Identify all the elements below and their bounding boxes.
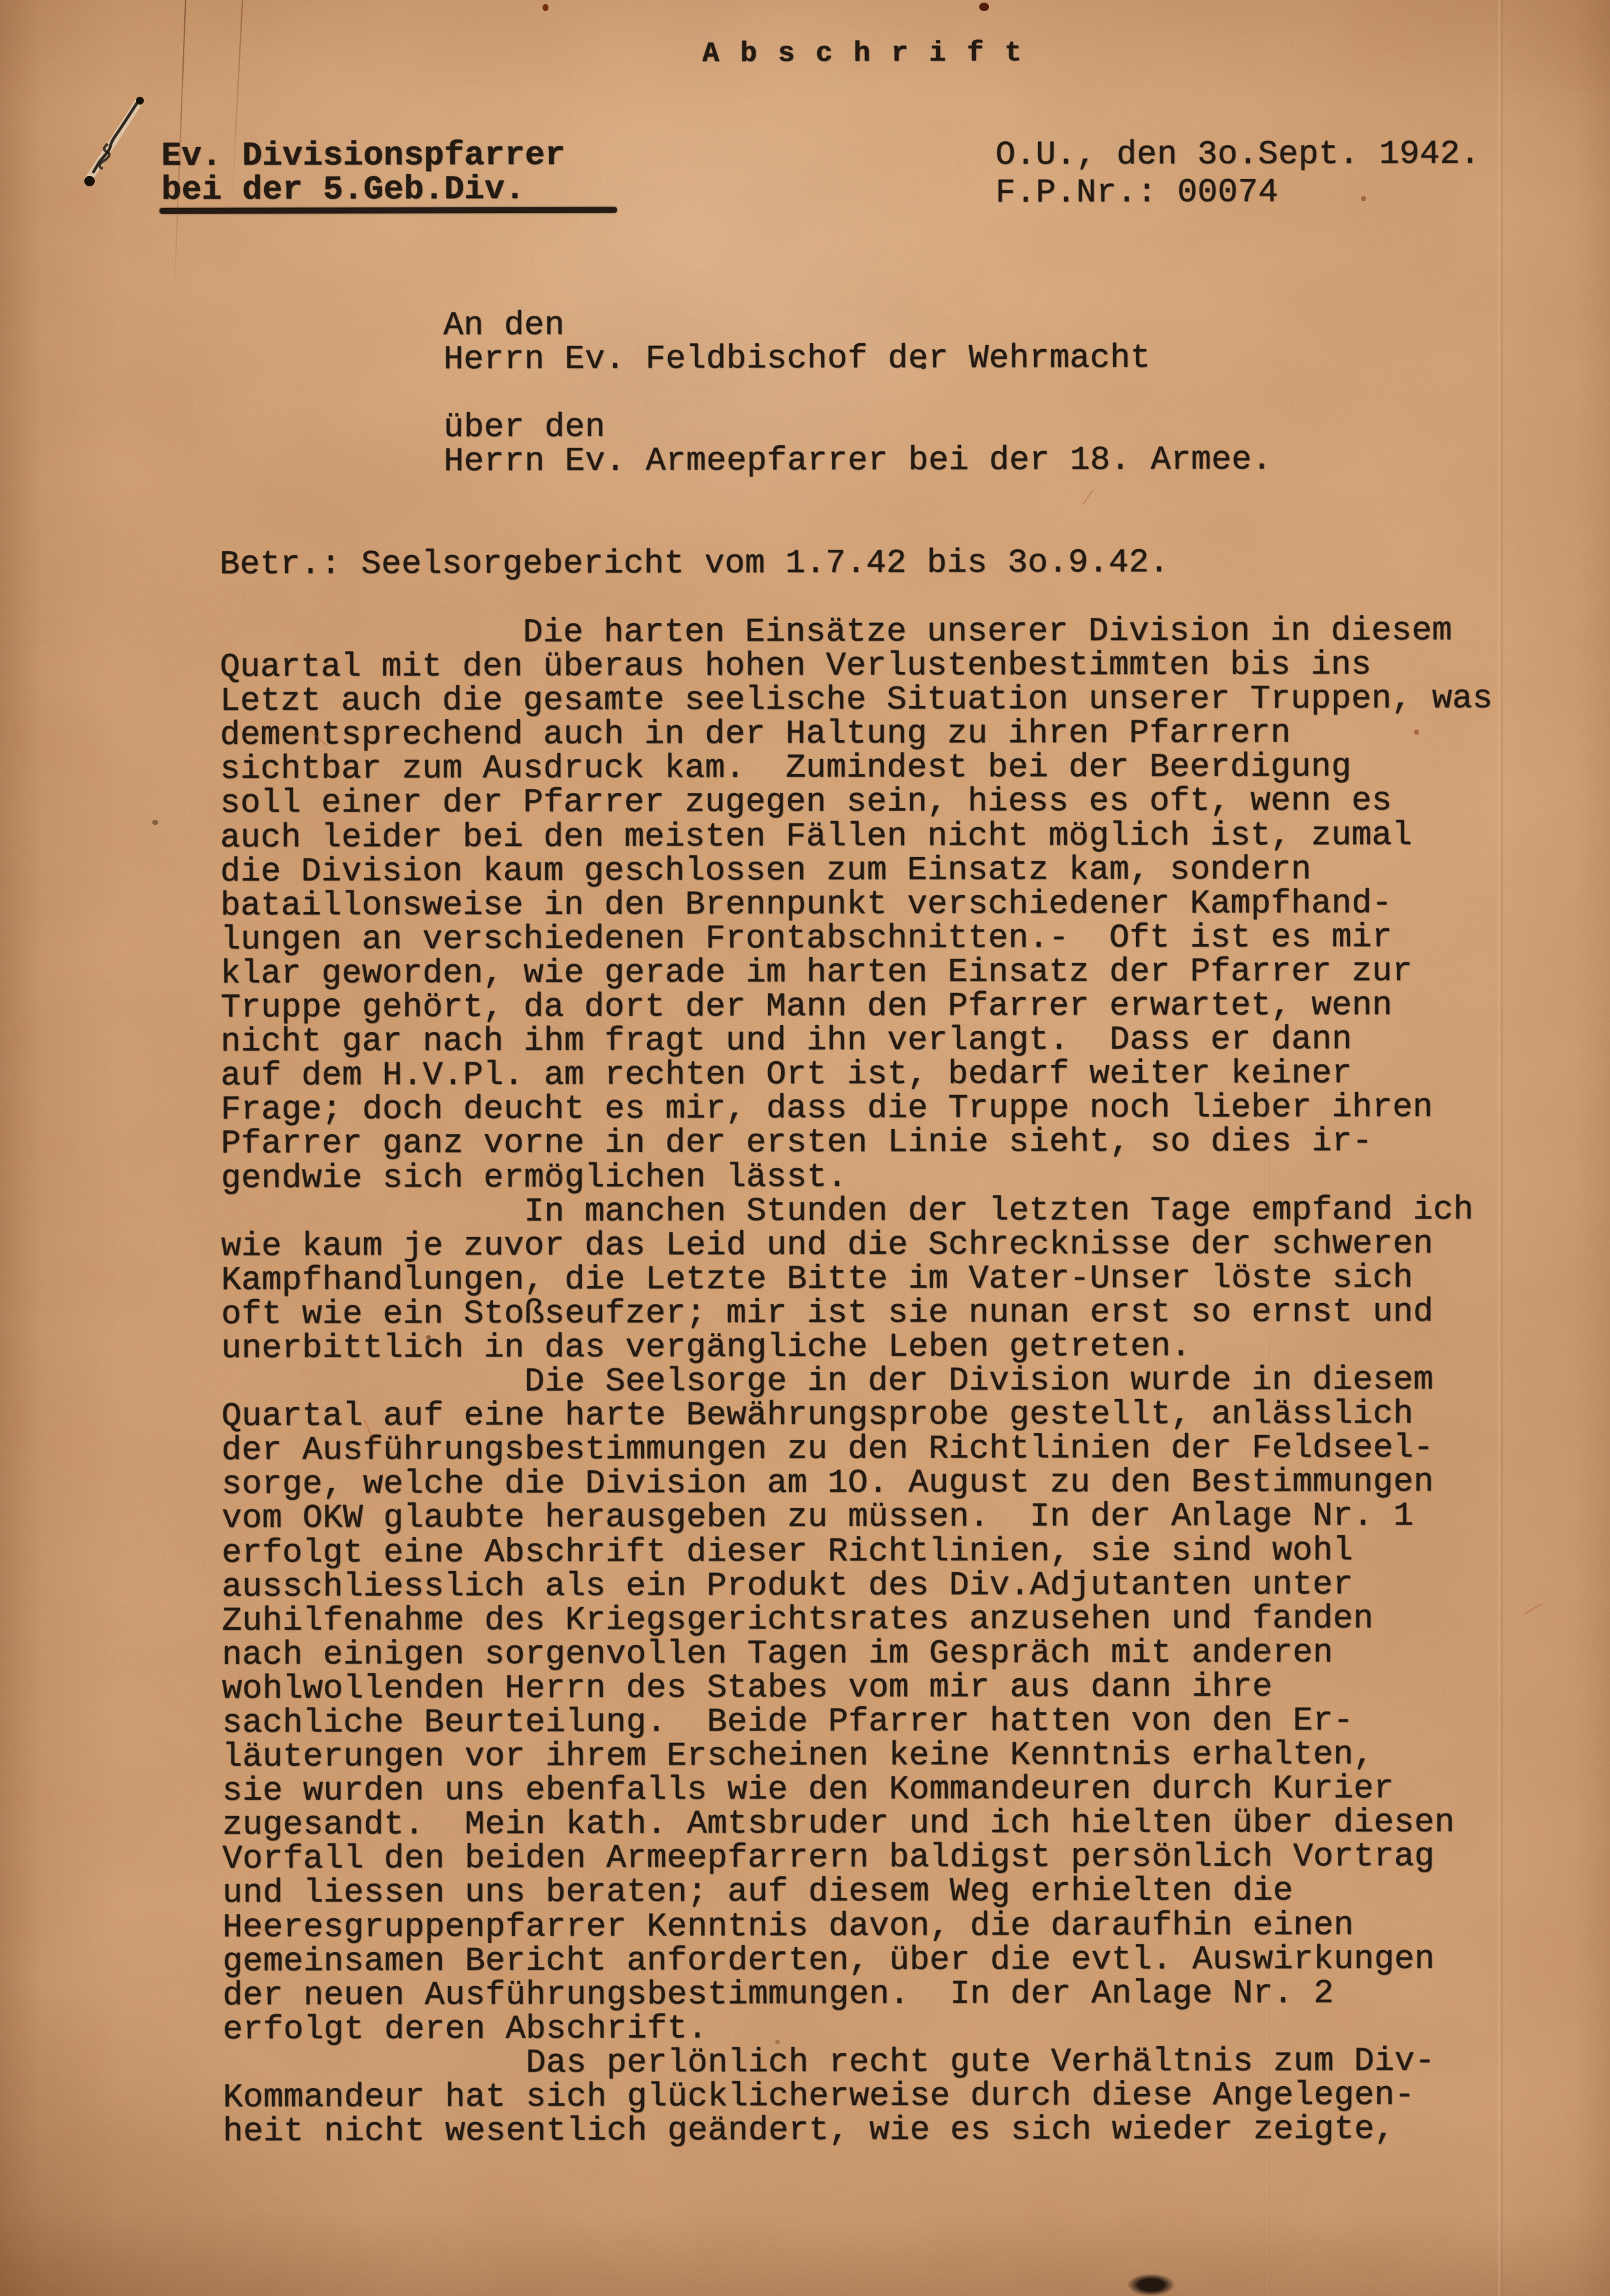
- body-line: und liessen uns beraten; auf diesem Weg …: [222, 1874, 1495, 1911]
- body-line: sachliche Beurteilung. Beide Pfarrer hat…: [222, 1704, 1495, 1741]
- body-line: wie kaum je zuvor das Leid und die Schre…: [221, 1227, 1494, 1264]
- recipient-line: Herrn Ev. Armeepfarrer bei der 18. Armee…: [444, 444, 1272, 480]
- body-line: bataillonsweise in den Brennpunkt versch…: [220, 887, 1493, 924]
- body-line: sorge, welche die Division am 1O. August…: [222, 1466, 1494, 1502]
- body-line: In manchen Stunden der letzten Tage empf…: [221, 1193, 1494, 1230]
- recipient-line: über den: [444, 410, 1272, 446]
- body-line: auf dem H.V.Pl. am rechten Ort ist, beda…: [221, 1057, 1494, 1094]
- body-line: ausschliesslich als ein Produkt des Div.…: [222, 1568, 1494, 1604]
- sender-line-1: Ev. Divisionspfarrer: [161, 137, 565, 175]
- place-date: O.U., den 3o.Sept. 1942.: [996, 136, 1481, 175]
- recipient-line: Herrn Ev. Feldbischof der Wehrmacht: [443, 342, 1271, 378]
- body-line: Quartal auf eine harte Bewährungsprobe g…: [222, 1398, 1494, 1434]
- recipient-line: An den: [443, 308, 1271, 344]
- body-line: der Ausführungsbestimmungen zu den Richt…: [222, 1432, 1494, 1468]
- recipient-block: An denHerrn Ev. Feldbischof der Wehrmach…: [443, 308, 1272, 480]
- body-line: die Division kaum geschlossen zum Einsat…: [220, 853, 1493, 889]
- page-title: Abschrift: [702, 37, 1042, 69]
- body-line: der neuen Ausführungsbestimmungen. In de…: [223, 1977, 1496, 2014]
- body-line: Die harten Einsätze unserer Division in …: [220, 615, 1492, 651]
- body-line: heit nicht wesentlich geändert, wie es s…: [223, 2113, 1496, 2150]
- typed-layer: Abschrift Ev. Divisionspfarrer bei der 5…: [0, 0, 1610, 2296]
- body-line: Truppe gehört, da dort der Mann den Pfar…: [220, 989, 1493, 1026]
- body-line: Kampfhandlungen, die Letzte Bitte im Vat…: [221, 1262, 1494, 1298]
- body-line: Zuhilfenahme des Kriegsgerichtsrates anz…: [222, 1602, 1494, 1639]
- body-line: Das perlönlich recht gute Verhältnis zum…: [223, 2045, 1496, 2082]
- body-line: dementsprechend auch in der Haltung zu i…: [220, 717, 1493, 753]
- body-line: sichtbar zum Ausdruck kam. Zumindest bei…: [220, 751, 1493, 787]
- body-line: läuterungen vor ihrem Erscheinen keine K…: [222, 1738, 1495, 1775]
- body-line: lungen an verschiedenen Frontabschnitten…: [220, 921, 1493, 958]
- body-line: zugesandt. Mein kath. Amtsbruder und ich…: [222, 1806, 1495, 1843]
- document-page: Abschrift Ev. Divisionspfarrer bei der 5…: [0, 0, 1610, 2296]
- body-line: Kommandeur hat sich glücklicherweise dur…: [223, 2079, 1496, 2116]
- report-body: Die harten Einsätze unserer Division in …: [220, 615, 1496, 2150]
- body-line: Die Seelsorge in der Division wurde in d…: [222, 1364, 1494, 1400]
- sender-underline: [159, 207, 617, 214]
- body-line: oft wie ein Stoßseufzer; mir ist sie nun…: [221, 1296, 1494, 1332]
- body-line: vom OKW glaubte herausgeben zu müssen. I…: [222, 1500, 1494, 1536]
- body-line: gemeinsamen Bericht anforderten, über di…: [223, 1942, 1496, 1979]
- subject-line: Betr.: Seelsorgebericht vom 1.7.42 bis 3…: [220, 545, 1169, 584]
- dateline-block: O.U., den 3o.Sept. 1942. F.P.Nr.: 00074: [996, 136, 1481, 213]
- body-line: Heeresgruppenpfarrer Kenntnis davon, die…: [222, 1908, 1495, 1945]
- body-line: auch leider bei den meisten Fällen nicht…: [220, 819, 1493, 855]
- body-line: Quartal mit den überaus hohen Verlustenb…: [220, 649, 1492, 685]
- body-line: Letzt auch die gesamte seelische Situati…: [220, 683, 1493, 719]
- body-line: Vorfall den beiden Armeepfarrern baldigs…: [222, 1840, 1495, 1877]
- body-line: Frage; doch deucht es mir, dass die Trup…: [221, 1091, 1494, 1128]
- body-line: erfolgt deren Abschrift.: [223, 2011, 1496, 2048]
- body-line: soll einer der Pfarrer zugegen sein, hie…: [220, 785, 1493, 821]
- body-line: Pfarrer ganz vorne in der ersten Linie s…: [221, 1125, 1494, 1162]
- body-line: gendwie sich ermöglichen lässt.: [221, 1159, 1494, 1196]
- recipient-line: [444, 376, 1272, 412]
- field-post-number: F.P.Nr.: 00074: [996, 174, 1279, 212]
- body-line: wohlwollenden Herrn des Stabes vom mir a…: [222, 1670, 1495, 1707]
- body-line: unerbittlich in das vergängliche Leben g…: [222, 1330, 1494, 1366]
- sender-line-2: bei der 5.Geb.Div.: [161, 171, 525, 209]
- body-line: erfolgt eine Abschrift dieser Richtlinie…: [222, 1534, 1494, 1570]
- body-line: sie wurden uns ebenfalls wie den Kommand…: [222, 1772, 1495, 1809]
- body-line: nicht gar nach ihm fragt und ihn verlang…: [221, 1023, 1494, 1060]
- body-line: klar geworden, wie gerade im harten Eins…: [220, 955, 1493, 992]
- body-line: nach einigen sorgenvollen Tagen im Gespr…: [222, 1636, 1495, 1673]
- sender-block: Ev. Divisionspfarrer bei der 5.Geb.Div.: [161, 139, 565, 208]
